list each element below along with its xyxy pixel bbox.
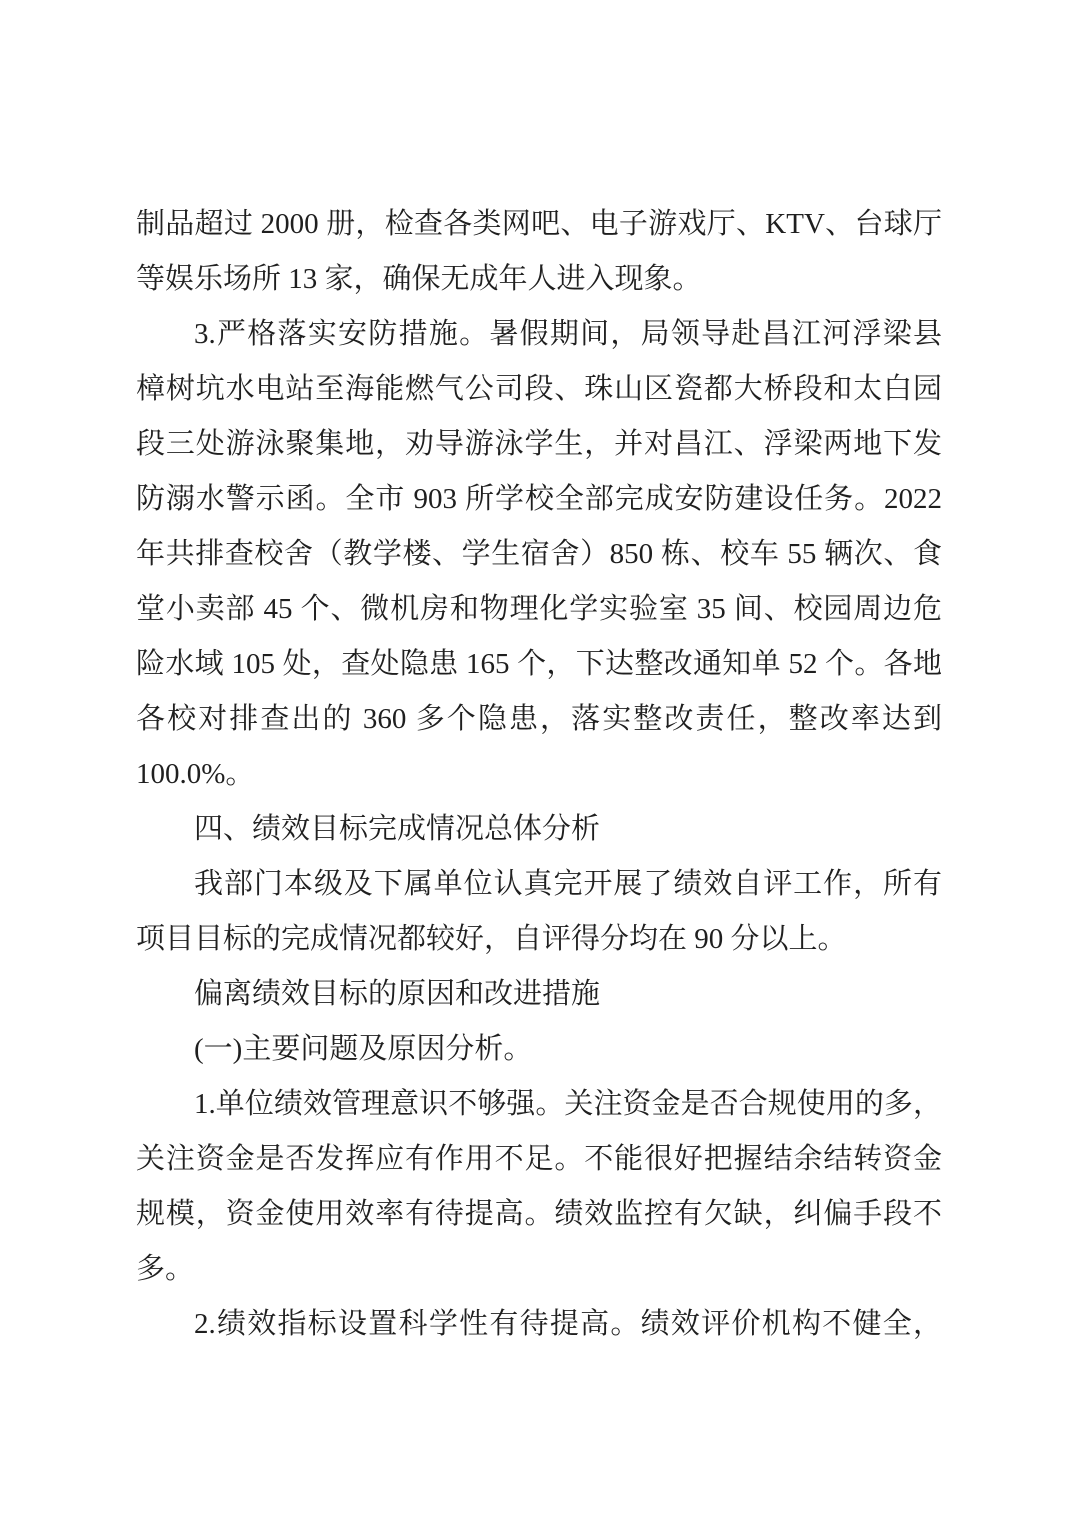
text-line: 防溺水警示函。全市 903 所学校全部完成安防建设任务。2022 bbox=[136, 472, 942, 527]
text-line: 3.严格落实安防措施。暑假期间，局领导赴昌江河浮梁县 bbox=[136, 307, 942, 362]
text-line: 项目目标的完成情况都较好，自评得分均在 90 分以上。 bbox=[136, 912, 942, 967]
text-line: 樟树坑水电站至海能燃气公司段、珠山区瓷都大桥段和太白园 bbox=[136, 362, 942, 417]
text-line: 制品超过 2000 册，检查各类网吧、电子游戏厅、KTV、台球厅 bbox=[136, 197, 942, 252]
text-line: 我部门本级及下属单位认真完开展了绩效自评工作，所有 bbox=[136, 857, 942, 912]
document-text-block: 制品超过 2000 册，检查各类网吧、电子游戏厅、KTV、台球厅等娱乐场所 13… bbox=[136, 197, 942, 1352]
text-line: 2.绩效指标设置科学性有待提高。绩效评价机构不健全， bbox=[136, 1297, 942, 1352]
text-line: 段三处游泳聚集地，劝导游泳学生，并对昌江、浮梁两地下发 bbox=[136, 417, 942, 472]
text-line: 偏离绩效目标的原因和改进措施 bbox=[136, 967, 942, 1022]
text-line: 险水域 105 处，查处隐患 165 个，下达整改通知单 52 个。各地 bbox=[136, 637, 942, 692]
text-line: 堂小卖部 45 个、微机房和物理化学实验室 35 间、校园周边危 bbox=[136, 582, 942, 637]
text-line: 多。 bbox=[136, 1242, 942, 1297]
text-line: 年共排查校舍（教学楼、学生宿舍）850 栋、校车 55 辆次、食 bbox=[136, 527, 942, 582]
text-line: 100.0%。 bbox=[136, 747, 942, 802]
text-line: 等娱乐场所 13 家，确保无成年人进入现象。 bbox=[136, 252, 942, 307]
document-page: 制品超过 2000 册，检查各类网吧、电子游戏厅、KTV、台球厅等娱乐场所 13… bbox=[0, 0, 1074, 1520]
text-line: 1.单位绩效管理意识不够强。关注资金是否合规使用的多， bbox=[136, 1077, 942, 1132]
text-line: 四、绩效目标完成情况总体分析 bbox=[136, 802, 942, 857]
text-line: 规模，资金使用效率有待提高。绩效监控有欠缺，纠偏手段不 bbox=[136, 1187, 942, 1242]
text-line: (一)主要问题及原因分析。 bbox=[136, 1022, 942, 1077]
text-line: 关注资金是否发挥应有作用不足。不能很好把握结余结转资金 bbox=[136, 1132, 942, 1187]
text-line: 各校对排查出的 360 多个隐患，落实整改责任，整改率达到 bbox=[136, 692, 942, 747]
